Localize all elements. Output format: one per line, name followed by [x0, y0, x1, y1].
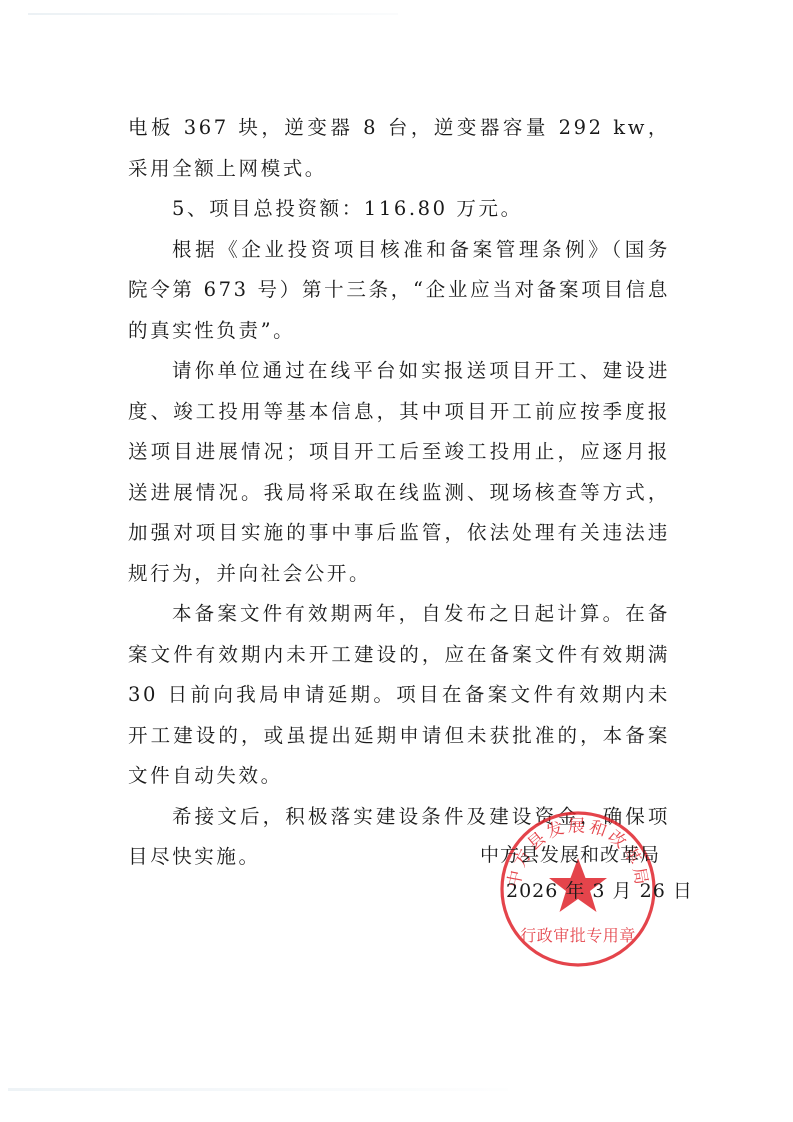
- paragraph-validity: 本备案文件有效期两年，自发布之日起计算。在备案文件有效期内未开工建设的，应在备案…: [128, 594, 670, 797]
- paragraph-legal-basis: 根据《企业投资项目核准和备案管理条例》（国务院令第 673 号）第十三条，“企业…: [128, 230, 670, 352]
- document-body: 电板 367 块，逆变器 8 台，逆变器容量 292 kw，采用全额上网模式。 …: [128, 108, 670, 878]
- issuer-name: 中方县发展和改革局: [480, 837, 680, 873]
- paragraph-equipment: 电板 367 块，逆变器 8 台，逆变器容量 292 kw，采用全额上网模式。: [128, 108, 670, 189]
- seal-bottom-text: 行政审批专用章: [520, 926, 636, 945]
- issue-date: 2026 年 3 月 26 日: [480, 873, 680, 909]
- paragraph-investment: 5、项目总投资额：116.80 万元。: [128, 189, 670, 230]
- signature-block: 中方县发展和改革局 2026 年 3 月 26 日: [480, 837, 680, 909]
- scan-artifact-bottom: [8, 1088, 508, 1091]
- scan-artifact-top: [28, 13, 398, 15]
- paragraph-reporting: 请你单位通过在线平台如实报送项目开工、建设进度、竣工投用等基本信息，其中项目开工…: [128, 351, 670, 594]
